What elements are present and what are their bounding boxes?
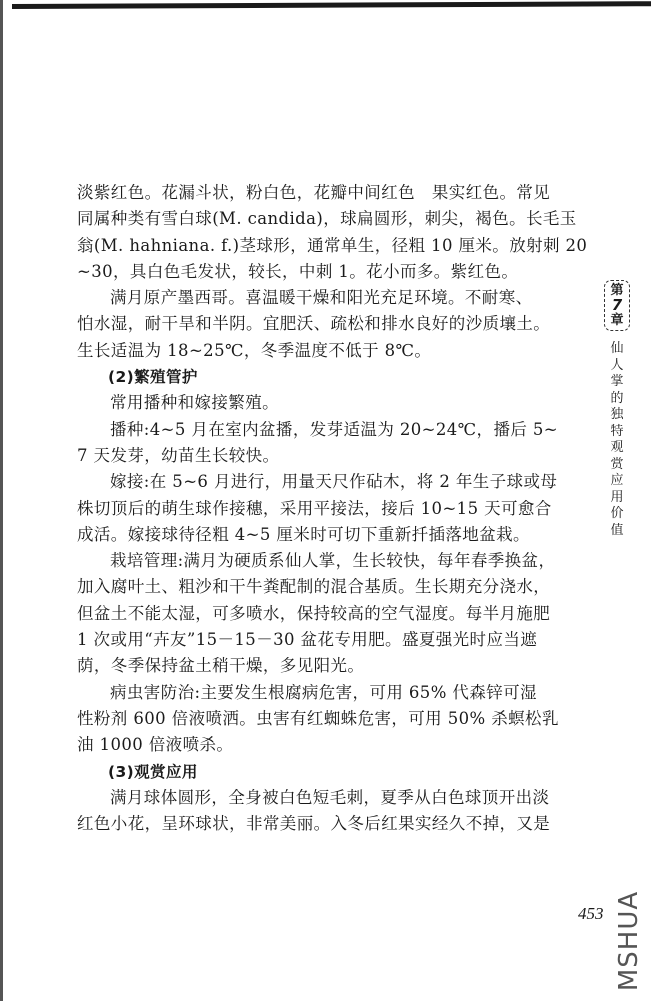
text-line: 满月球体圆形，全身被白色短毛刺，夏季从白色球顶开出淡 (77, 785, 577, 811)
cultivation-paragraph: 栽培管理:满月为硬质系仙人掌，生长较快，每年春季换盆， 加入腐叶土、粗沙和干牛粪… (77, 548, 577, 679)
text-line: 栽培管理:满月为硬质系仙人掌，生长较快，每年春季换盆， (77, 548, 577, 574)
header-rule (12, 1, 651, 9)
watermark-text: MSHUA (614, 891, 644, 991)
text-line: 荫，冬季保持盆土稍干燥，多见阳光。 (77, 653, 577, 679)
grafting-paragraph: 嫁接:在 5~6 月进行，用量天尺作砧木，将 2 年生子球或母 株切顶后的萌生球… (77, 469, 577, 548)
body-text: 淡紫红色。花漏斗状，粉白色，花瓣中间红色 果实红色。常见 同属种类有雪白球(M.… (77, 180, 577, 837)
section-heading-propagation: (2)繁殖管护 (77, 364, 577, 390)
text-line: 同属种类有雪白球(M. candida)，球扁圆形，刺尖，褐色。长毛玉 (77, 206, 577, 232)
pest-paragraph: 病虫害防治:主要发生根腐病危害，可用 65% 代森锌可湿 性粉剂 600 倍液喷… (77, 680, 577, 759)
sowing-paragraph: 播种:4~5 月在室内盆播，发芽适温为 20~24℃，播后 5~ 7 天发芽，幼… (77, 417, 577, 470)
text-line: 嫁接:在 5~6 月进行，用量天尺作砧木，将 2 年生子球或母 (77, 469, 577, 495)
page-number: 453 (578, 904, 604, 924)
text-line: 7 天发芽，幼苗生长较快。 (77, 443, 577, 469)
chapter-side-tab: 第 7 章 仙人掌的独特观赏应用价值 (604, 280, 630, 539)
text-line: 株切顶后的萌生球作接穗，采用平接法，接后 10~15 天可愈合 (77, 496, 577, 522)
section-heading-ornamental: (3)观赏应用 (77, 759, 577, 785)
text-line: ~30，具白色毛发状，较长，中刺 1。花小而多。紫红色。 (77, 259, 577, 285)
text-line: 生长适温为 18~25℃，冬季温度不低于 8℃。 (77, 338, 577, 364)
watermark: MSHUA (614, 885, 644, 997)
text-line: 满月原产墨西哥。喜温暖干燥和阳光充足环境。不耐寒、 (77, 285, 577, 311)
text-line: 成活。嫁接球待径粗 4~5 厘米时可切下重新扦插落地盆栽。 (77, 522, 577, 548)
chapter-number: 7 (605, 298, 629, 313)
chapter-label: 章 (605, 313, 629, 328)
chapter-title: 仙人掌的独特观赏应用价值 (610, 341, 624, 539)
page-edge (0, 0, 3, 1001)
text-line: 红色小花，呈环球状，非常美丽。入冬后红果实经久不掉，又是 (77, 811, 577, 837)
text-line: 油 1000 倍液喷杀。 (77, 732, 577, 758)
ornamental-paragraph: 满月球体圆形，全身被白色短毛刺，夏季从白色球顶开出淡 红色小花，呈环球状，非常美… (77, 785, 577, 838)
chapter-badge: 第 7 章 (604, 280, 630, 331)
text-line: 加入腐叶土、粗沙和干牛粪配制的混合基质。生长期充分浇水， (77, 574, 577, 600)
text-line: 翁(M. hahniana. f.)茎球形，通常单生，径粗 10 厘米。放射刺 … (77, 233, 577, 259)
propagation-intro: 常用播种和嫁接繁殖。 (77, 390, 577, 416)
intro-paragraph: 淡紫红色。花漏斗状，粉白色，花瓣中间红色 果实红色。常见 同属种类有雪白球(M.… (77, 180, 577, 285)
text-line: 播种:4~5 月在室内盆播，发芽适温为 20~24℃，播后 5~ (77, 417, 577, 443)
text-line: 但盆土不能太湿，可多喷水，保持较高的空气湿度。每半月施肥 (77, 601, 577, 627)
text-line: 淡紫红色。花漏斗状，粉白色，花瓣中间红色 果实红色。常见 (77, 180, 577, 206)
text-line: 性粉剂 600 倍液喷洒。虫害有红蜘蛛危害，可用 50% 杀螟松乳 (77, 706, 577, 732)
text-line: 病虫害防治:主要发生根腐病危害，可用 65% 代森锌可湿 (77, 680, 577, 706)
text-line: 1 次或用“卉友”15－15－30 盆花专用肥。盛夏强光时应当遮 (77, 627, 577, 653)
origin-paragraph: 满月原产墨西哥。喜温暖干燥和阳光充足环境。不耐寒、 怕水湿，耐干旱和半阴。宜肥沃… (77, 285, 577, 364)
text-line: 怕水湿，耐干旱和半阴。宜肥沃、疏松和排水良好的沙质壤土。 (77, 311, 577, 337)
